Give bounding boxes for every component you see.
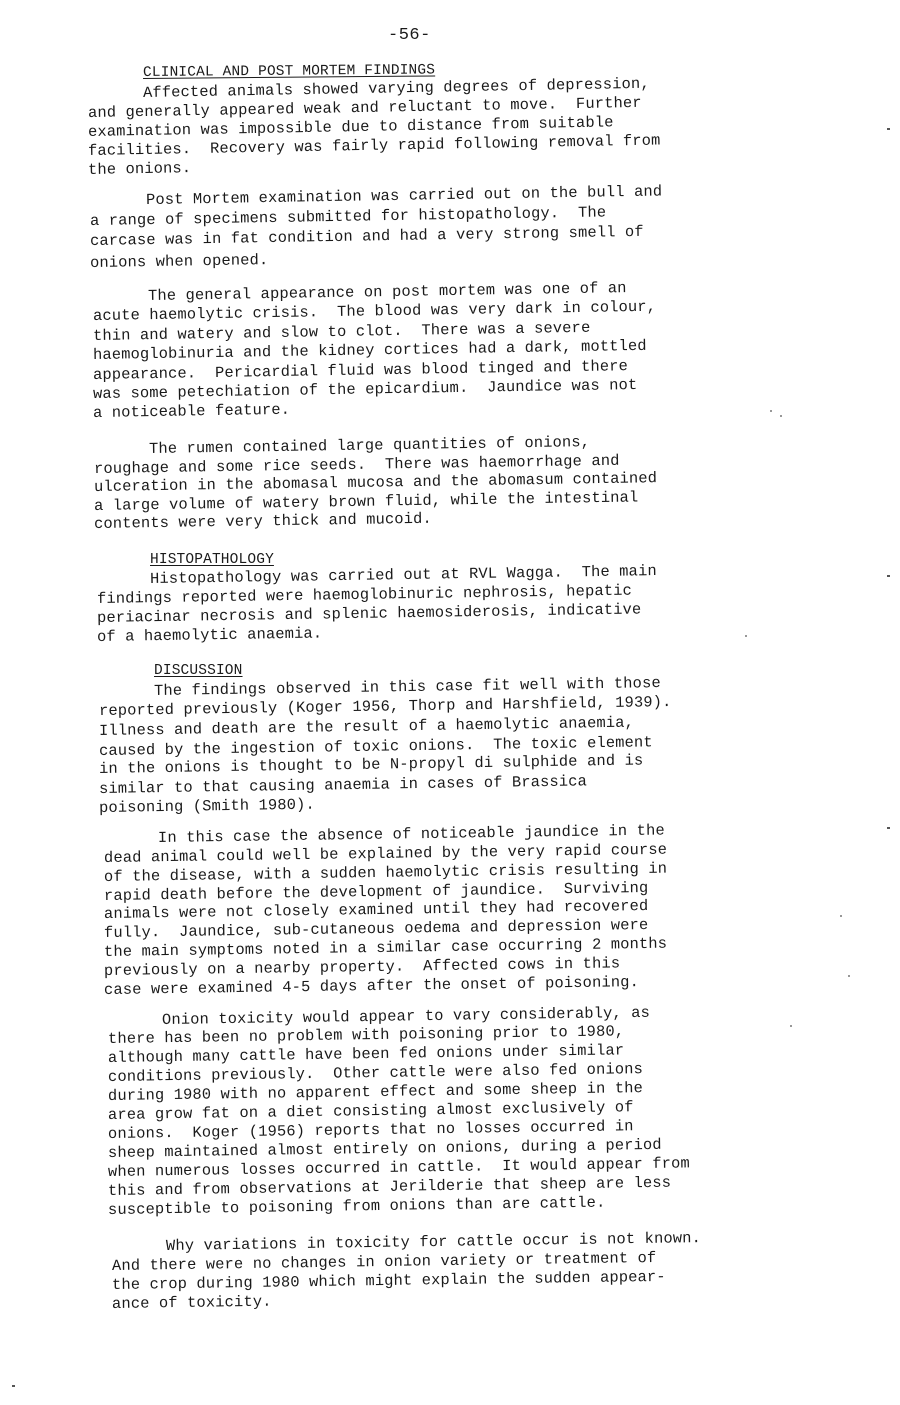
scan-speck xyxy=(780,415,782,417)
page-number: -56- xyxy=(388,26,431,45)
text-line: onions when opened. xyxy=(90,251,269,272)
text-line: of a haemolytic anaemia. xyxy=(97,624,323,646)
scan-speck xyxy=(848,975,850,977)
scan-speck xyxy=(770,410,772,412)
text-line: the onions. xyxy=(88,159,192,179)
scan-speck xyxy=(840,915,842,917)
text-line: a noticeable feature. xyxy=(93,401,290,422)
scan-speck xyxy=(790,1025,792,1027)
section-heading-discussion: DISCUSSION xyxy=(154,662,243,680)
section-heading-histopathology: HISTOPATHOLOGY xyxy=(150,551,274,569)
text-line: ance of toxicity. xyxy=(112,1293,272,1313)
document-page: -56- CLINICAL AND POST MORTEM FINDINGS A… xyxy=(0,0,900,1405)
scan-mark xyxy=(887,575,890,577)
scan-mark xyxy=(12,1385,15,1387)
text-line: poisoning (Smith 1980). xyxy=(99,796,315,817)
scan-speck xyxy=(745,635,747,637)
scan-mark xyxy=(887,827,890,829)
scan-mark xyxy=(887,128,890,130)
